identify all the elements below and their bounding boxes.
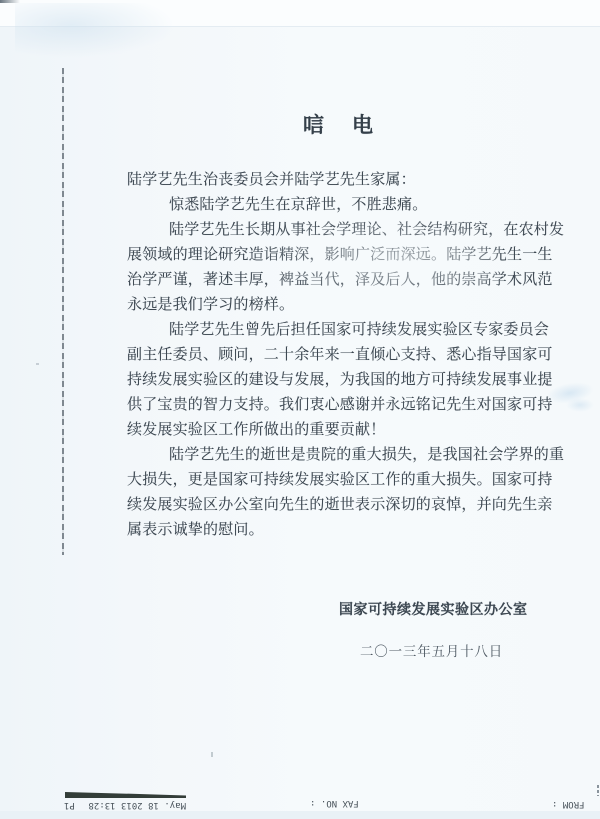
letter-line: 陆学艺先生的逝世是贵院的重大损失，是我国社会学界的重 — [127, 442, 557, 467]
letter-line: 陆学艺先生治丧委员会并陆学艺先生家属： — [127, 167, 557, 192]
fax-timestamp-row: May. 18 2013 13:28 P1 — [64, 800, 186, 810]
letter-line: 属表示诚挚的慰问。 — [127, 517, 557, 542]
letter-line: 副主任委员、顾问，二十余年来一直倾心支持、悉心指导国家可 — [127, 342, 557, 367]
letter-line: 续发展实验区工作所做出的重要贡献！ — [127, 417, 557, 442]
letter-line: 陆学艺先生长期从事社会学理论、社会结构研究，在农村发 — [127, 217, 557, 242]
letter-line: 永远是我们学习的榜样。 — [127, 292, 557, 317]
scan-tint-artifact — [15, 3, 175, 58]
letter-line: 展领域的理论研究造诣精深，影响广泛而深远。陆学艺先生一生 — [127, 242, 557, 267]
scan-speck-artifact — [36, 363, 39, 365]
letter-line: 大损失，更是国家可持续发展实验区工作的重大损失。国家可持 — [127, 467, 557, 492]
letter-line: 惊悉陆学艺先生在京辞世，不胜悲痛。 — [127, 192, 557, 217]
letter-body: 陆学艺先生治丧委员会并陆学艺先生家属：惊悉陆学艺先生在京辞世，不胜悲痛。陆学艺先… — [127, 167, 557, 542]
scan-speck-artifact — [211, 752, 213, 757]
scan-bottom-edge — [0, 811, 600, 819]
scan-smudge-artifact — [566, 398, 594, 412]
letter-line: 续发展实验区办公室向先生的逝世表示深切的哀悼，并向先生亲 — [127, 492, 557, 517]
fax-page-number: P1 — [64, 800, 75, 810]
scan-edge-tick-artifact — [597, 785, 599, 796]
paper-fold-line-artifact — [62, 68, 64, 555]
signature-org: 国家可持续发展实验区办公室 — [339, 599, 528, 619]
letter-line: 陆学艺先生曾先后担任国家可持续发展实验区专家委员会 — [127, 317, 557, 342]
fax-number-label: FAX NO. : — [310, 798, 359, 808]
letter-line: 供了宝贵的智力支持。我们衷心感谢并永远铭记先生对国家可持 — [127, 392, 557, 417]
scanned-document-page: 唁电 陆学艺先生治丧委员会并陆学艺先生家属：惊悉陆学艺先生在京辞世，不胜悲痛。陆… — [0, 0, 600, 819]
letter-line: 治学严谨，著述丰厚，裨益当代，泽及后人，他的崇高学术风范 — [127, 267, 557, 292]
fax-header-bar — [65, 792, 186, 798]
document-title: 唁电 — [303, 109, 401, 139]
fax-timestamp: May. 18 2013 13:28 — [88, 800, 186, 810]
letter-line: 持续发展实验区的建设与发展，为我国的地方可持续发展事业提 — [127, 367, 557, 392]
fax-from-label: FROM : — [552, 799, 585, 809]
signature-date: 二〇一三年五月十八日 — [360, 640, 503, 660]
